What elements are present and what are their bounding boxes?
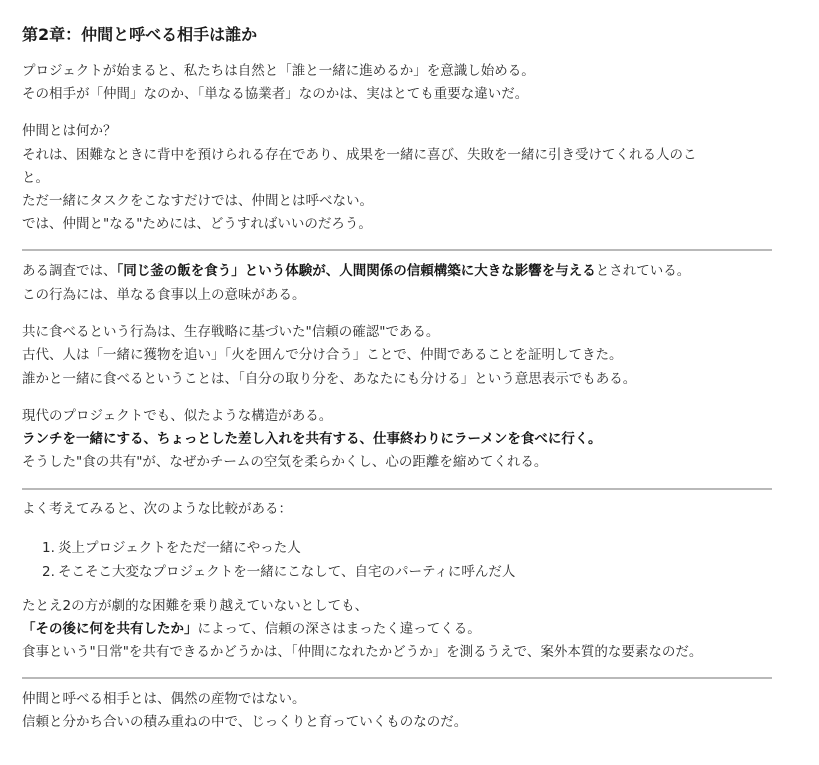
list-number: 1. xyxy=(42,538,58,558)
list-item: 1.炎上プロジェクトをただ一緒にやった人 xyxy=(42,538,301,558)
paragraph-line: ただ一緒にタスクをこなすだけでは、仲間とは呼べない。 xyxy=(22,191,373,211)
text-span: とされている。 xyxy=(596,263,691,279)
paragraph-line: そうした"食の共有"が、なぜかチームの空気を柔らかくし、心の距離を縮めてくれる。 xyxy=(22,452,547,472)
horizontal-rule xyxy=(22,249,772,251)
paragraph-line: たとえ2の方が劇的な困難を乗り越えていないとしても、 xyxy=(22,596,368,616)
paragraph-line: 共に食べるという行為は、生存戦略に基づいた"信頼の確認"である。 xyxy=(22,322,439,342)
chapter-title: 第2章：仲間と呼べる相手は誰か xyxy=(22,24,257,46)
list-item: 2.そこそこ大変なプロジェクトを一緒にこなして、自宅のパーティに呼んだ人 xyxy=(42,562,515,582)
paragraph-line: 食事という"日常"を共有できるかどうかは、「仲間になれたかどうか」を測るうえで、… xyxy=(22,642,702,662)
paragraph-line: 現代のプロジェクトでも、似たような構造がある。 xyxy=(22,406,332,426)
bold-emphasis: ランチを一緒にする、ちょっとした差し入れを共有する、仕事終わりにラーメンを食べに… xyxy=(22,431,602,447)
paragraph-line: よく考えてみると、次のような比較がある： xyxy=(22,499,292,519)
text-span: によって、信頼の深さはまったく違ってくる。 xyxy=(198,621,481,637)
paragraph-line: 仲間と呼べる相手とは、偶然の産物ではない。 xyxy=(22,689,306,709)
bold-emphasis: 「その後に何を共有したか」 xyxy=(22,621,198,637)
paragraph-line: この行為には、単なる食事以上の意味がある。 xyxy=(22,285,306,305)
paragraph-line: 信頼と分かち合いの積み重ねの中で、じっくりと育っていくものなのだ。 xyxy=(22,712,467,732)
paragraph-line: 古代、人は「一緒に獲物を追い」「火を囲んで分け合う」ことで、仲間であることを証明… xyxy=(22,345,622,365)
horizontal-rule xyxy=(22,488,772,490)
list-number: 2. xyxy=(42,562,58,582)
bold-emphasis: 「同じ釜の飯を食う」という体験が、人間関係の信頼構築に大きな影響を与える xyxy=(117,263,596,279)
list-item-text: 炎上プロジェクトをただ一緒にやった人 xyxy=(58,540,301,556)
list-item-text: そこそこ大変なプロジェクトを一緒にこなして、自宅のパーティに呼んだ人 xyxy=(58,564,515,580)
paragraph-line: プロジェクトが始まると、私たちは自然と「誰と一緒に進めるか」を意識し始める。 xyxy=(22,61,535,81)
paragraph-line: ランチを一緒にする、ちょっとした差し入れを共有する、仕事終わりにラーメンを食べに… xyxy=(22,429,602,449)
horizontal-rule xyxy=(22,677,772,679)
paragraph-line: 誰かと一緒に食べるということは、「自分の取り分を、あなたにも分ける」という意思表… xyxy=(22,369,636,389)
paragraph-line: 「その後に何を共有したか」によって、信頼の深さはまったく違ってくる。 xyxy=(22,619,481,639)
paragraph-line: 仲間とは何か？ xyxy=(22,121,117,141)
paragraph-line: それは、困難なときに背中を預けられる存在であり、成果を一緒に喜び、失敗を一緒に引… xyxy=(22,145,696,165)
text-span: ある調査では、 xyxy=(22,263,117,279)
paragraph-line: ある調査では、「同じ釜の飯を食う」という体験が、人間関係の信頼構築に大きな影響を… xyxy=(22,261,690,281)
paragraph-line: と。 xyxy=(22,168,49,188)
paragraph-line: その相手が「仲間」なのか、「単なる協業者」なのかは、実はとても重要な違いだ。 xyxy=(22,84,528,104)
paragraph-line: では、仲間と"なる"ためには、どうすればいいのだろう。 xyxy=(22,214,372,234)
